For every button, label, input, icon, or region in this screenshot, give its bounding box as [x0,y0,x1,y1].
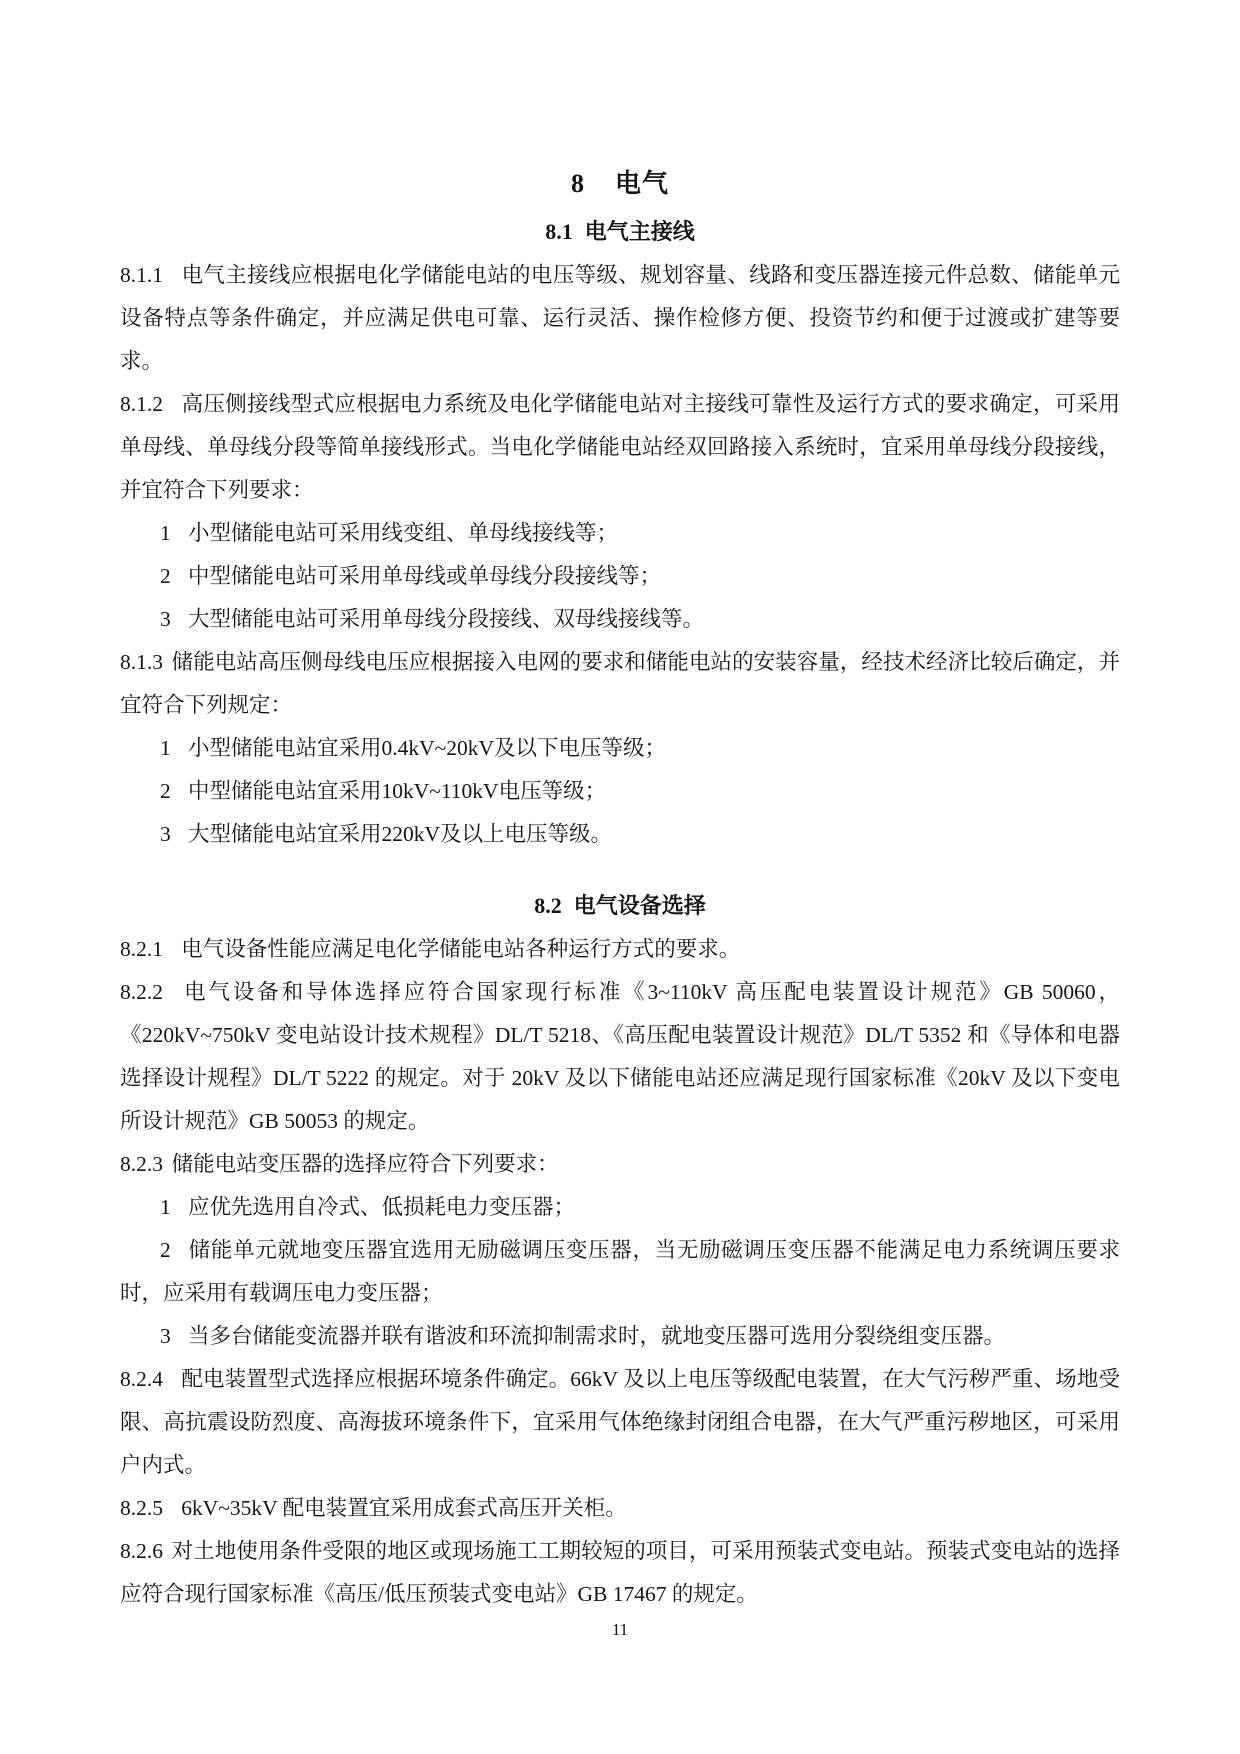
item-number: 2 [160,1238,171,1262]
clause-number: 8.1.3 [120,650,163,674]
clause-number: 8.1.1 [120,263,163,287]
item-number: 1 [160,521,171,545]
clause-text: 高压侧接线型式应根据电力系统及电化学储能电站对主接线可靠性及运行方式的要求确定，… [120,392,1120,502]
clause-text: 6kV~35kV 配电装置宜采用成套式高压开关柜。 [181,1496,626,1520]
list-item: 3大型储能电站宜采用220kV及以上电压等级。 [120,813,1120,856]
clause-8-2-2: 8.2.2电气设备和导体选择应符合国家现行标准《3~110kV 高压配电装置设计… [120,971,1120,1143]
clause-number: 8.2.1 [120,937,163,961]
item-text: 中型储能电站宜采用10kV~110kV电压等级； [188,779,606,803]
item-text: 大型储能电站可采用单母线分段接线、双母线接线等。 [188,607,704,631]
clause-8-1-3: 8.1.3储能电站高压侧母线电压应根据接入电网的要求和储能电站的安装容量，经技术… [120,641,1120,727]
section-title: 电气主接线 [585,219,695,244]
clause-8-2-3: 8.2.3储能电站变压器的选择应符合下列要求： [120,1143,1120,1186]
list-item: 3当多台储能变流器并联有谐波和环流抑制需求时，就地变压器可选用分裂绕组变压器。 [120,1315,1120,1358]
item-text: 小型储能电站可采用线变组、单母线接线等； [188,521,618,545]
item-number: 1 [160,1195,171,1219]
chapter-title: 电气 [615,169,669,198]
item-number: 2 [160,779,171,803]
clause-number: 8.1.2 [120,392,163,416]
clause-text: 配电装置型式选择应根据环境条件确定。66kV 及以上电压等级配电装置，在大气污秽… [120,1367,1120,1477]
chapter-number: 8 [571,169,585,198]
list-item: 2中型储能电站宜采用10kV~110kV电压等级； [120,770,1120,813]
item-number: 3 [160,822,171,846]
clause-number: 8.2.2 [120,980,163,1004]
clause-number: 8.2.4 [120,1367,163,1391]
item-text: 大型储能电站宜采用220kV及以上电压等级。 [188,822,612,846]
item-text: 小型储能电站宜采用0.4kV~20kV及以下电压等级； [188,736,666,760]
page-number: 11 [0,1620,1240,1640]
clause-text: 电气设备性能应满足电化学储能电站各种运行方式的要求。 [181,937,740,961]
clause-8-2-5: 8.2.56kV~35kV 配电装置宜采用成套式高压开关柜。 [120,1487,1120,1530]
list-item: 1小型储能电站可采用线变组、单母线接线等； [120,512,1120,555]
item-number: 3 [160,1324,171,1348]
list-item: 3大型储能电站可采用单母线分段接线、双母线接线等。 [120,598,1120,641]
clause-text: 电气设备和导体选择应符合国家现行标准《3~110kV 高压配电装置设计规范》GB… [120,980,1120,1133]
document-page: 8电气 8.1电气主接线 8.1.1电气主接线应根据电化学储能电站的电压等级、规… [0,0,1240,1754]
clause-8-2-4: 8.2.4配电装置型式选择应根据环境条件确定。66kV 及以上电压等级配电装置，… [120,1358,1120,1487]
clause-text: 储能电站高压侧母线电压应根据接入电网的要求和储能电站的安装容量，经技术经济比较后… [120,650,1120,717]
item-text: 当多台储能变流器并联有谐波和环流抑制需求时，就地变压器可选用分裂绕组变压器。 [188,1324,1005,1348]
item-text: 储能单元就地变压器宜选用无励磁调压变压器，当无励磁调压变压器不能满足电力系统调压… [120,1238,1120,1305]
list-item: 2储能单元就地变压器宜选用无励磁调压变压器，当无励磁调压变压器不能满足电力系统调… [120,1229,1120,1315]
clause-text: 储能电站变压器的选择应符合下列要求： [172,1152,559,1176]
clause-text: 对土地使用条件受限的地区或现场施工工期较短的项目，可采用预装式变电站。预装式变电… [120,1539,1120,1606]
item-text: 中型储能电站可采用单母线或单母线分段接线等； [188,564,661,588]
clause-text: 电气主接线应根据电化学储能电站的电压等级、规划容量、线路和变压器连接元件总数、储… [120,263,1120,373]
section-title: 电气设备选择 [574,893,706,918]
list-item: 1小型储能电站宜采用0.4kV~20kV及以下电压等级； [120,727,1120,770]
section-heading-8-2: 8.2电气设备选择 [120,890,1120,922]
clause-8-1-2: 8.1.2高压侧接线型式应根据电力系统及电化学储能电站对主接线可靠性及运行方式的… [120,383,1120,512]
item-text: 应优先选用自冷式、低损耗电力变压器； [188,1195,575,1219]
clause-8-2-6: 8.2.6对土地使用条件受限的地区或现场施工工期较短的项目，可采用预装式变电站。… [120,1530,1120,1616]
list-item: 2中型储能电站可采用单母线或单母线分段接线等； [120,555,1120,598]
list-item: 1应优先选用自冷式、低损耗电力变压器； [120,1186,1120,1229]
section-number: 8.2 [534,893,562,918]
clause-number: 8.2.3 [120,1152,163,1176]
chapter-heading: 8电气 [120,166,1120,202]
section-number: 8.1 [545,219,573,244]
item-number: 1 [160,736,171,760]
item-number: 3 [160,607,171,631]
clause-number: 8.2.6 [120,1539,163,1563]
item-number: 2 [160,564,171,588]
clause-number: 8.2.5 [120,1496,163,1520]
clause-8-2-1: 8.2.1电气设备性能应满足电化学储能电站各种运行方式的要求。 [120,928,1120,971]
section-heading-8-1: 8.1电气主接线 [120,216,1120,248]
clause-8-1-1: 8.1.1电气主接线应根据电化学储能电站的电压等级、规划容量、线路和变压器连接元… [120,254,1120,383]
